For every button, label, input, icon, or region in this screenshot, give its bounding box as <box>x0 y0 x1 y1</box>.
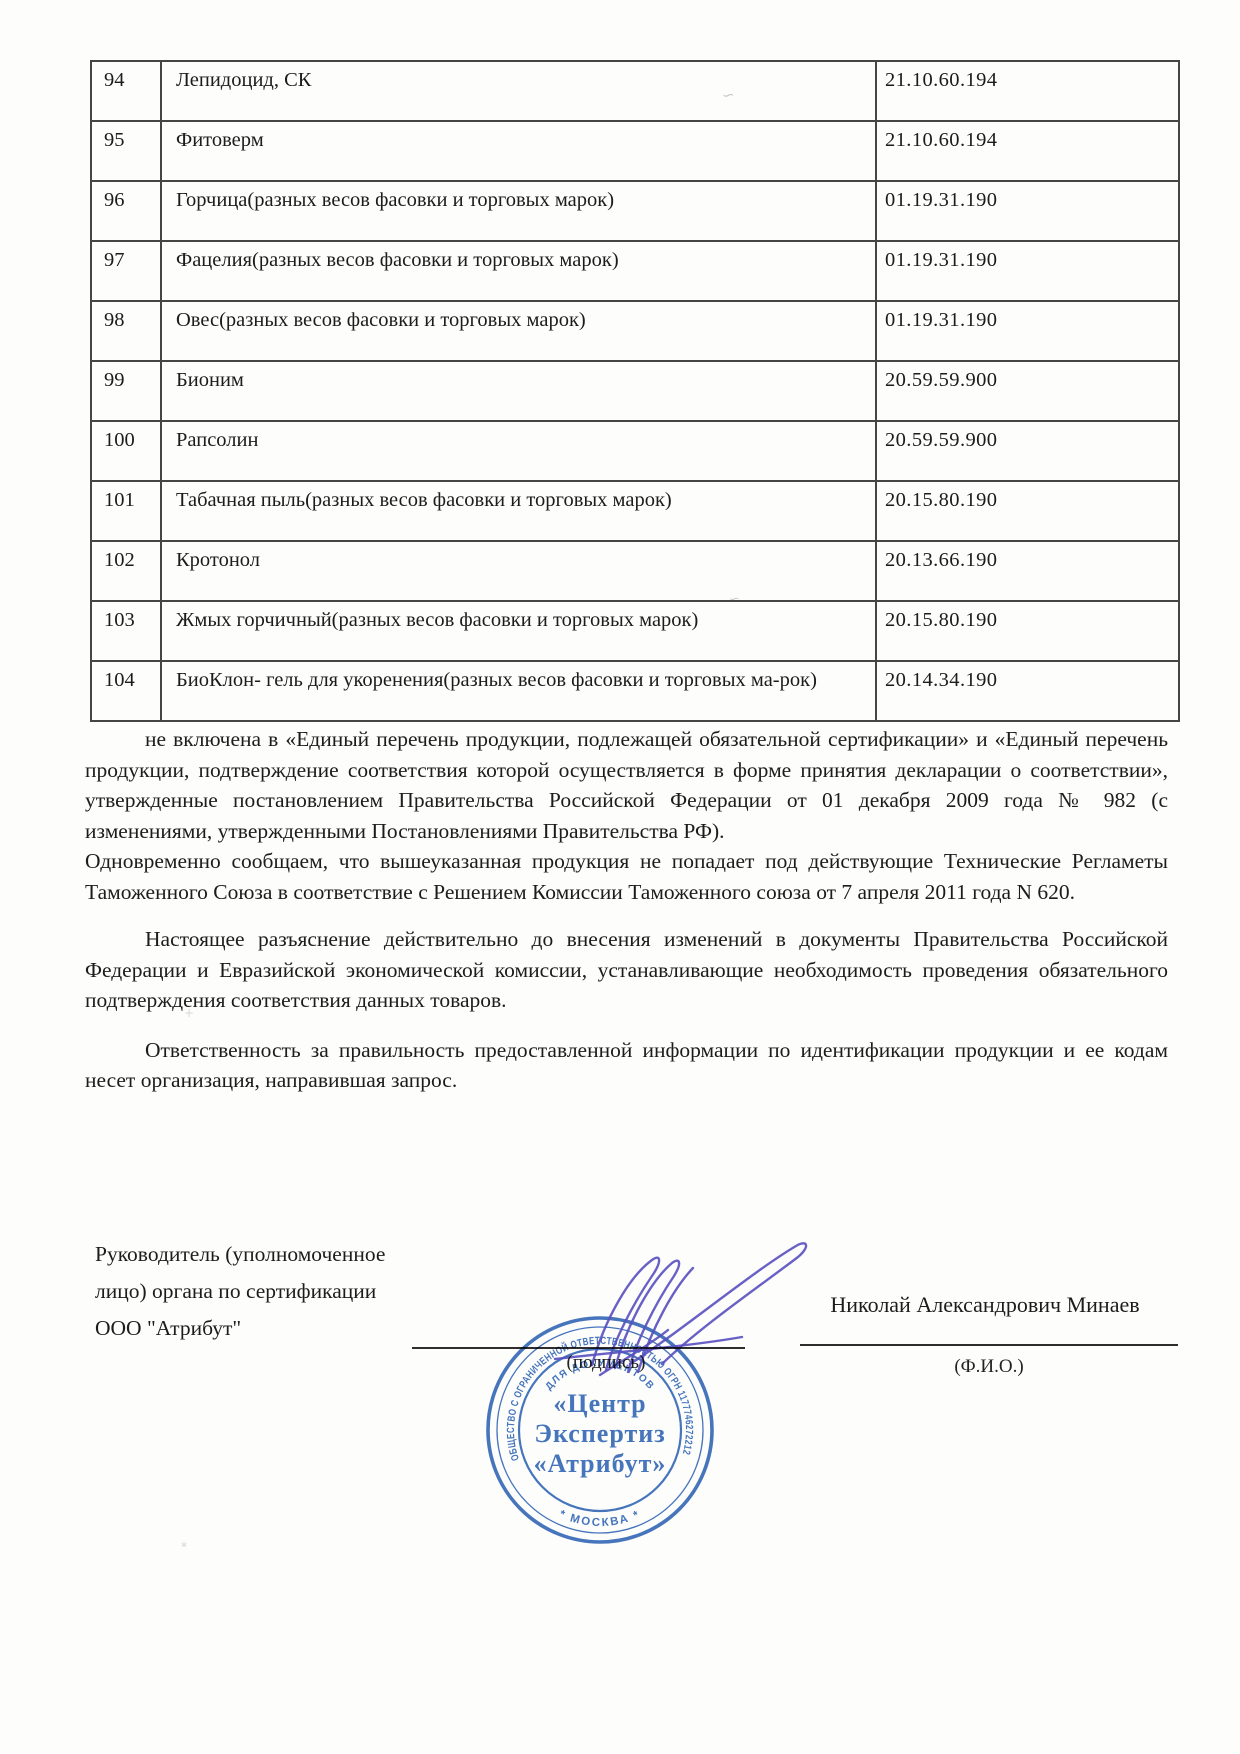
name-line <box>800 1344 1178 1346</box>
document-scan-page: 94 Лепидоцид, СК 21.10.60.194 95 Фитовер… <box>0 0 1240 1754</box>
paragraph-certification: не включена в «Единый перечень продукции… <box>85 724 1168 846</box>
table-row: 102 Кротонол 20.13.66.190 <box>91 541 1179 601</box>
product-name: Табачная пыль(разных весов фасовки и тор… <box>161 481 876 541</box>
product-name: Бионим <box>161 361 876 421</box>
table-row: 99 Бионим 20.59.59.900 <box>91 361 1179 421</box>
table-row: 101 Табачная пыль(разных весов фасовки и… <box>91 481 1179 541</box>
row-number: 98 <box>91 301 161 361</box>
row-number: 99 <box>91 361 161 421</box>
product-name: Фацелия(разных весов фасовки и торговых … <box>161 241 876 301</box>
row-number: 96 <box>91 181 161 241</box>
product-code: 21.10.60.194 <box>876 121 1179 181</box>
stamp-city-text: * МОСКВА * <box>557 1508 642 1529</box>
product-code: 20.59.59.900 <box>876 421 1179 481</box>
stamp-center-line: «Центр <box>553 1389 646 1418</box>
product-code: 20.14.34.190 <box>876 661 1179 721</box>
table-row: 100 Рапсолин 20.59.59.900 <box>91 421 1179 481</box>
paragraph-customs-union: Одновременно сообщаем, что вышеуказанная… <box>85 846 1168 907</box>
row-number: 101 <box>91 481 161 541</box>
table-row: 103 Жмых горчичный(разных весов фасовки … <box>91 601 1179 661</box>
product-code: 21.10.60.194 <box>876 61 1179 121</box>
scan-artifact: ∽ <box>728 591 740 607</box>
table-row: 95 Фитоверм 21.10.60.194 <box>91 121 1179 181</box>
product-name: Горчица(разных весов фасовки и торговых … <box>161 181 876 241</box>
row-number: 100 <box>91 421 161 481</box>
product-table: 94 Лепидоцид, СК 21.10.60.194 95 Фитовер… <box>90 60 1180 722</box>
table-row: 98 Овес(разных весов фасовки и торговых … <box>91 301 1179 361</box>
scan-artifact: + <box>184 1006 194 1020</box>
product-code: 20.59.59.900 <box>876 361 1179 421</box>
product-code: 20.15.80.190 <box>876 481 1179 541</box>
row-number: 103 <box>91 601 161 661</box>
signer-name: Николай Александрович Минаев <box>790 1292 1180 1318</box>
product-name: Жмых горчичный(разных весов фасовки и то… <box>161 601 876 661</box>
paragraph-responsibility: Ответственность за правильность предоста… <box>85 1035 1168 1096</box>
product-code: 01.19.31.190 <box>876 181 1179 241</box>
row-number: 104 <box>91 661 161 721</box>
product-name: Фитоверм <box>161 121 876 181</box>
product-code: 20.15.80.190 <box>876 601 1179 661</box>
product-name: Кротонол <box>161 541 876 601</box>
row-number: 95 <box>91 121 161 181</box>
stamp-center-line: «Атрибут» <box>534 1449 667 1478</box>
signer-role-line: лицо) органа по сертификации <box>95 1273 455 1310</box>
signature-line <box>412 1347 745 1349</box>
row-number: 102 <box>91 541 161 601</box>
table-row: 104 БиоКлон- гель для укоренения(разных … <box>91 661 1179 721</box>
stamp-center-line: Экспертиз <box>534 1419 665 1448</box>
signer-role-line: ООО "Атрибут" <box>95 1310 455 1347</box>
product-name: Овес(разных весов фасовки и торговых мар… <box>161 301 876 361</box>
product-name: БиоКлон- гель для укоренения(разных весо… <box>161 661 876 721</box>
product-name: Лепидоцид, СК <box>161 61 876 121</box>
row-number: 97 <box>91 241 161 301</box>
product-code: 01.19.31.190 <box>876 241 1179 301</box>
table-row: 96 Горчица(разных весов фасовки и торгов… <box>91 181 1179 241</box>
table-row: 97 Фацелия(разных весов фасовки и торгов… <box>91 241 1179 301</box>
paragraph-validity: Настоящее разъяснение действительно до в… <box>85 924 1168 1016</box>
product-code: 01.19.31.190 <box>876 301 1179 361</box>
signer-role: Руководитель (уполномоченное лицо) орган… <box>95 1236 455 1347</box>
body-text: не включена в «Единый перечень продукции… <box>85 724 1168 1096</box>
table-row: 94 Лепидоцид, СК 21.10.60.194 <box>91 61 1179 121</box>
row-number: 94 <box>91 61 161 121</box>
product-code: 20.13.66.190 <box>876 541 1179 601</box>
product-name: Рапсолин <box>161 421 876 481</box>
signature-caption: (подпись) <box>500 1352 712 1374</box>
scan-artifact: ⁎ <box>181 1536 187 1550</box>
signer-role-line: Руководитель (уполномоченное <box>95 1236 455 1273</box>
scan-artifact: ∽ <box>721 85 736 105</box>
name-caption: (Ф.И.О.) <box>800 1356 1178 1378</box>
